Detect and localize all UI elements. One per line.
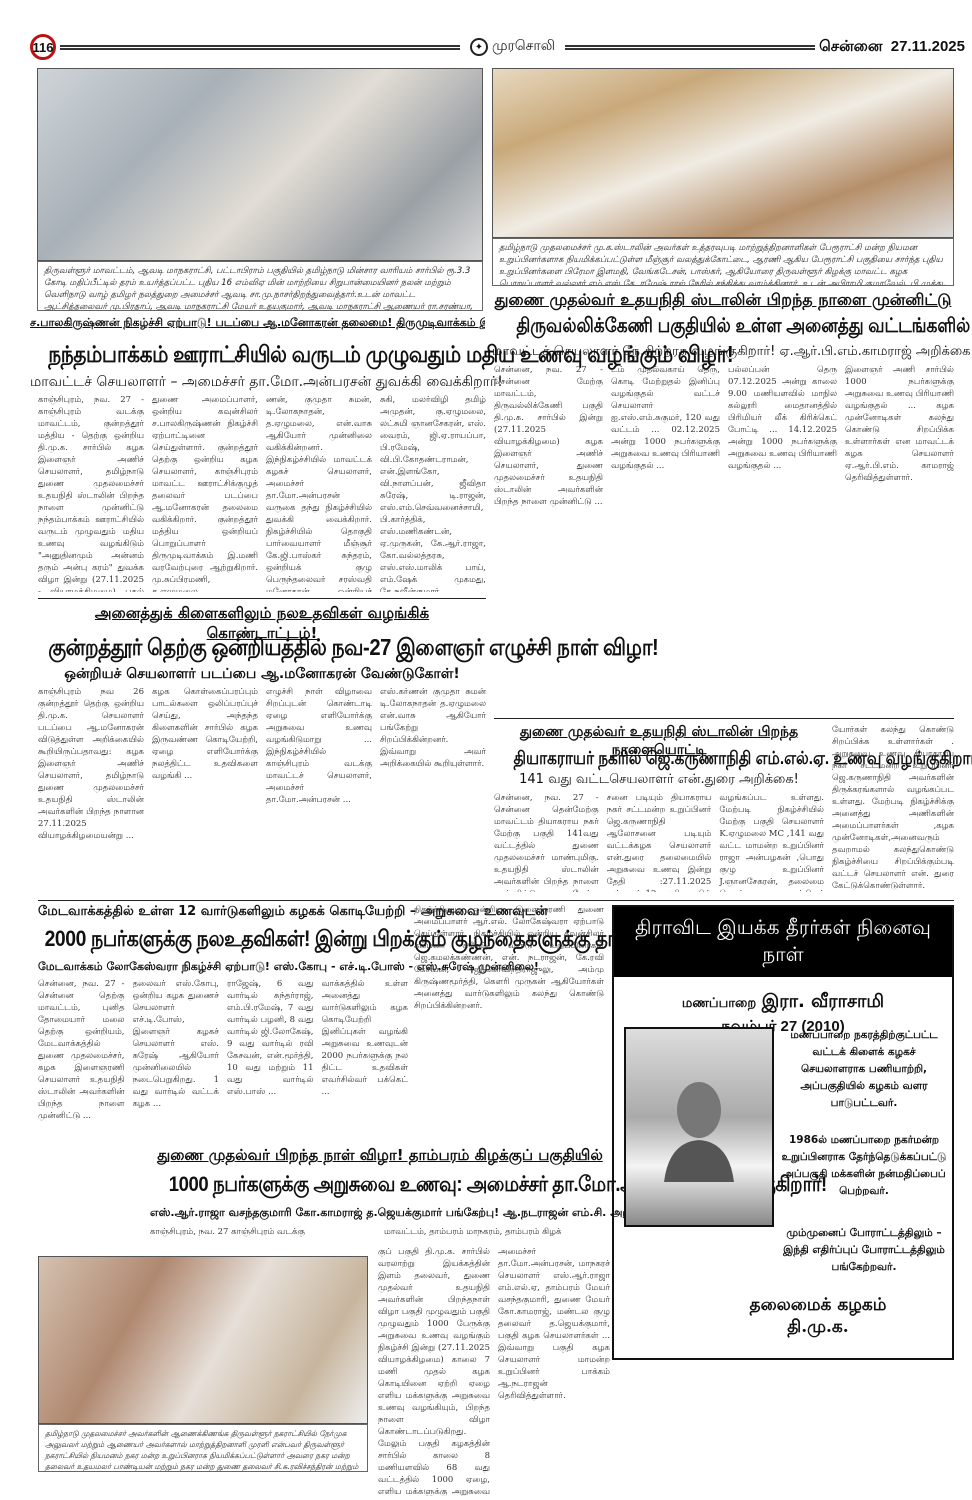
- memorial-paragraph-2: 1986ல் மணப்பாறை நகர்மன்ற உறுப்பினராக தேர…: [779, 1132, 949, 1200]
- article-column: தலைவர் எஸ்.கோபு, ஒன்றிய கழக துணைச் செயலா…: [133, 978, 220, 1136]
- article-column: காஞ்சிபுரம், நவ. 27 - காஞ்சிபுரம் வடக்கு…: [38, 394, 144, 592]
- memorial-paragraph-1: மணப்பாறை நகரத்திற்குட்பட்ட வட்டக் கிளைக்…: [779, 1027, 949, 1112]
- article-column: டம் முதல்வகாய் தெரு, கொடி மேற்றுதல் இனிப…: [611, 364, 720, 694]
- person-silhouette-icon: [659, 1072, 739, 1182]
- medavakkam-subhead: மேடவாக்கம் லோகேஸ்வரா நிகழ்ச்சி ஏற்பாடு! …: [38, 960, 408, 975]
- murasoli-logo-icon: ✦: [470, 38, 488, 56]
- tnagar-body-side: யோர்கள் கலந்து கொண்டு சிறப்பிக்க உள்ளார்…: [832, 724, 954, 892]
- article-column: துணை அமைப்பாளர், ஒன்றிய கவுன்சிலர் ச.பால…: [152, 394, 258, 592]
- memorial-person-name: இரா. வீராசாமி: [762, 991, 884, 1012]
- article-column: நிகழ்ச்சியை ஒன்றிய இளைஞரணி துணை அமைப்பாள…: [414, 904, 604, 1136]
- paper-name: ✦ முரசொலி: [470, 38, 555, 56]
- memorial-signature: தலைமைக் கழகம் தி.மு.க.: [614, 1294, 952, 1338]
- tambaram-photo-caption: தமிழ்நாடு முதலமைச்சர் அவர்களின் ஆணைக்கிண…: [38, 1424, 368, 1472]
- article-column: பல்லப்பன் தெரு 07.12.2025 அன்று காலை 9.0…: [728, 364, 837, 694]
- signature-line-1: தலைமைக் கழகம்: [684, 1294, 952, 1316]
- article-column: ராஜேஷ், 6 வது வார்டில் சுந்தர்ராஜ், எம்.…: [227, 978, 314, 1136]
- tnagar-body: சென்னை, நவ. 27 - சென்னை தென்மேற்கு மாவட்…: [494, 792, 824, 892]
- councillors-photo: [492, 68, 954, 238]
- masthead-rule-right: [565, 45, 815, 50]
- kundrathur-subhead: ஒன்றியச் செயலாளர் படப்பை ஆ.மனோகரன் வேண்ட…: [38, 666, 486, 684]
- councillors-photo-caption: தமிழ்நாடு முதலமைச்சர் மு.க.ஸ்டாலின் அவர்…: [492, 238, 954, 286]
- tambaram-kicker: துணை முதல்வர் பிறந்த நாள் விழா! தாம்பரம்…: [150, 1146, 610, 1166]
- tnagar-subhead: 141 வது வட்டசெயலாளர் என்.துரை அறிக்கை!: [494, 772, 824, 788]
- article-column: காஞ்சிபுரம், நவ. 27 காஞ்சிபுரம் வடக்கு: [150, 1226, 376, 1256]
- article-column: குப் பகுதி தி.மு.க. சார்பில் வரலாற்று இய…: [378, 1246, 490, 1496]
- memorial-notice: திராவிட இயக்க தீரர்கள் நினைவு நாள் மணப்ப…: [612, 905, 954, 1360]
- triplicane-kicker: துணை முதல்வர் உதயநிதி ஸ்டாலின் பிறந்த நா…: [492, 290, 954, 311]
- transformer-photo: [37, 68, 483, 261]
- divider: [38, 598, 486, 599]
- medavakkam-kicker: மேடவாக்கத்தில் உள்ள 12 வார்டுகளிலும் கழக…: [38, 904, 408, 920]
- article-column: சனை படியும் தியாகராய நகர் சட்டமன்ற உறுப்…: [607, 792, 712, 892]
- dateline: சென்னை 27.11.2025: [819, 38, 965, 57]
- article-column: சென்னை, நவ. 27 - சென்னை தெற்கு மாவட்டம்,…: [38, 978, 125, 1136]
- paper-title: முரசொலி: [492, 38, 555, 56]
- kundrathur-body: காஞ்சிபுரம் நவ 26 குன்றத்தூர் தெற்கு ஒன்…: [38, 686, 486, 892]
- nandambakkam-subhead: மாவட்டச் செயலாளர் – அமைச்சர் தா.மோ.அன்பர…: [30, 374, 485, 392]
- divider: [494, 718, 954, 719]
- signature-line-2: தி.மு.க.: [684, 1316, 952, 1338]
- article-column: வாக்கத்தில் உள்ள அனைத்து வார்டுகளிலும் க…: [322, 978, 409, 1136]
- article-column: சென்னை, நவ. 27 - சென்னை மேற்கு மாவட்டம்,…: [494, 364, 603, 694]
- article-column: எஸ்.கர்ணன் குமுதா சுமன் டி.லோகநாதன் த.ஏழ…: [380, 686, 486, 892]
- article-column: யோர்கள் கலந்து கொண்டு சிறப்பிக்க உள்ளார்…: [832, 724, 954, 892]
- portrait-photo: [624, 1027, 774, 1227]
- medavakkam-headline: 2000 நபர்களுக்கு நலஉதவிகள்! இன்று பிறக்க…: [45, 926, 406, 952]
- triplicane-headline: திருவல்லிக்கேணி பகுதியில் உள்ள அனைத்து வ…: [516, 314, 928, 338]
- article-column: ணன், குமுதா சுமன், டி.லோகநாதன், த.ஏழுமலை…: [266, 394, 372, 592]
- article-column: காஞ்சிபுரம் நவ 26 குன்றத்தூர் தெற்கு ஒன்…: [38, 686, 144, 892]
- masthead: 116 ✦ முரசொலி சென்னை 27.11.2025: [30, 34, 965, 62]
- memorial-name: மணப்பாறை இரா. வீராசாமி: [614, 991, 952, 1014]
- article-column: அமைச்சர் தா.மோ.அன்பரசன், மாநகரச் செயலாளர…: [498, 1246, 610, 1496]
- tambaram-body: குப் பகுதி தி.மு.க. சார்பில் வரலாற்று இய…: [378, 1246, 610, 1496]
- tambaram-subhead: எஸ்.ஆர்.ராஜா வசந்தகுமாரி கோ.காமராஜ் த.ஜெ…: [150, 1206, 610, 1221]
- tambaram-council-photo: [38, 1256, 368, 1424]
- kundrathur-headline: குன்றத்தூர் தெற்கு ஒன்றியத்தில் நவ-27 இள…: [48, 634, 462, 660]
- memorial-paragraph-3: மும்முனைப் போராட்டத்திலும் – இந்தி எதிர்…: [779, 1225, 949, 1276]
- article-column: இளைஞர் அணி சார்பில் 1000 நபர்களுக்கு அறு…: [845, 364, 954, 694]
- page-number: 116: [30, 34, 56, 60]
- tnagar-headline: தியாகராயர் நகரில் ஜெ.கருணாநிதி எம்.எல்.ஏ…: [514, 746, 803, 770]
- transformer-photo-caption: திருவள்ளூர் மாவட்டம், ஆவடி மாநகராட்சி, ப…: [37, 261, 483, 311]
- nandambakkam-headline: நந்தம்பாக்கம் ஊராட்சியில் வருடம் முழுவது…: [48, 341, 462, 367]
- nandambakkam-body: காஞ்சிபுரம், நவ. 27 - காஞ்சிபுரம் வடக்கு…: [38, 394, 486, 592]
- triplicane-subhead: மாவட்டச் செயலாளர் நே.சிற்றரசு வழங்குகிறா…: [492, 344, 954, 360]
- article-column: சுகி, மலர்விழி தமிழ் அமுதன், கு.ஏழுமலை, …: [380, 394, 486, 592]
- nandambakkam-kicker: ச.பாலகிருஷ்ணன் நிகழ்ச்சி ஏற்பாடு! படப்பை…: [30, 316, 485, 331]
- city: சென்னை: [819, 38, 882, 55]
- article-column: எழுச்சி நாள் விழாவை சிறப்புடன் கொண்டாடி …: [266, 686, 372, 892]
- medavakkam-body: சென்னை, நவ. 27 - சென்னை தெற்கு மாவட்டம்,…: [38, 978, 408, 1136]
- tambaram-headline: 1000 நபர்களுக்கு அறுசுவை உணவு: அமைச்சர் …: [169, 1172, 591, 1198]
- masthead-rule-left: [60, 45, 460, 50]
- article-column: வழங்கப்பட உள்ளது. மேற்படி நிகழ்ச்சியில் …: [719, 792, 824, 892]
- article-column: சென்னை, நவ. 27 - சென்னை தென்மேற்கு மாவட்…: [494, 792, 599, 892]
- memorial-banner: திராவிட இயக்க தீரர்கள் நினைவு நாள்: [614, 907, 952, 977]
- medavakkam-body-side: நிகழ்ச்சியை ஒன்றிய இளைஞரணி துணை அமைப்பாள…: [414, 904, 604, 1136]
- article-column: கழக கொள்கைப்பரப்பும் பாடல்களை ஒலிப்பரப்ப…: [152, 686, 258, 892]
- triplicane-body: சென்னை, நவ. 27 - சென்னை மேற்கு மாவட்டம்,…: [494, 364, 954, 694]
- date: 27.11.2025: [891, 38, 965, 55]
- memorial-name-prefix: மணப்பாறை: [682, 996, 756, 1011]
- divider: [38, 900, 954, 901]
